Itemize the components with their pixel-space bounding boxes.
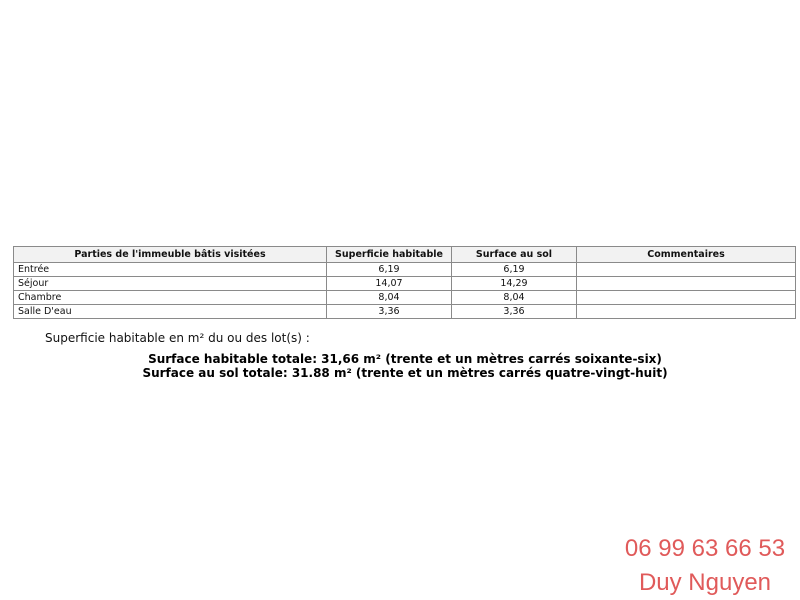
total-sol: Surface au sol totale: 31.88 m² (trente … (0, 366, 800, 380)
cell-habitable: 3,36 (327, 305, 452, 319)
table-header-row: Parties de l'immeuble bâtis visitées Sup… (14, 247, 796, 263)
cell-partie: Chambre (14, 291, 327, 305)
superficie-intro: Superficie habitable en m² du ou des lot… (45, 331, 310, 345)
header-commentaires: Commentaires (577, 247, 796, 263)
table-row: Entrée 6,19 6,19 (14, 263, 796, 277)
document-fragment: Parties de l'immeuble bâtis visitées Sup… (0, 240, 800, 381)
header-superficie-habitable: Superficie habitable (327, 247, 452, 263)
contact-phone: 06 99 63 66 53 (610, 532, 800, 566)
table-row: Salle D'eau 3,36 3,36 (14, 305, 796, 319)
contact-name: Duy Nguyen (610, 566, 800, 600)
cell-habitable: 6,19 (327, 263, 452, 277)
cell-commentaire (577, 263, 796, 277)
totals-block: Surface habitable totale: 31,66 m² (tren… (0, 352, 800, 380)
header-surface-sol: Surface au sol (452, 247, 577, 263)
cell-sol: 6,19 (452, 263, 577, 277)
table-row: Chambre 8,04 8,04 (14, 291, 796, 305)
cell-sol: 3,36 (452, 305, 577, 319)
surfaces-table: Parties de l'immeuble bâtis visitées Sup… (13, 246, 796, 319)
cell-sol: 8,04 (452, 291, 577, 305)
cell-commentaire (577, 291, 796, 305)
cell-partie: Séjour (14, 277, 327, 291)
table-row: Séjour 14,07 14,29 (14, 277, 796, 291)
cell-habitable: 14,07 (327, 277, 452, 291)
cell-sol: 14,29 (452, 277, 577, 291)
cell-commentaire (577, 277, 796, 291)
header-parties: Parties de l'immeuble bâtis visitées (14, 247, 327, 263)
total-habitable: Surface habitable totale: 31,66 m² (tren… (0, 352, 800, 366)
cell-habitable: 8,04 (327, 291, 452, 305)
cell-partie: Salle D'eau (14, 305, 327, 319)
contact-watermark: 06 99 63 66 53 Duy Nguyen (610, 532, 800, 600)
cell-partie: Entrée (14, 263, 327, 277)
cell-commentaire (577, 305, 796, 319)
